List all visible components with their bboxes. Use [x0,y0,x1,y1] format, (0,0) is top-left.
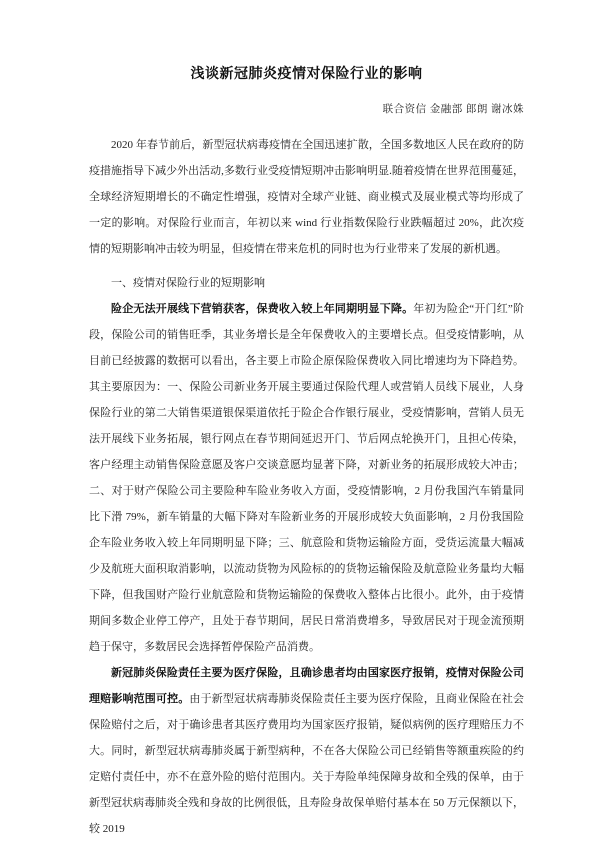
bold-text-run: 险企无法开展线下营销获客，保费收入较上年同期明显下降。 [111,303,413,315]
text-run: 由于新型冠状病毒肺炎保险责任主要为医疗保险，且商业保险在社会保险赔付之后，对于确… [89,693,524,835]
text-run: 年初为险企“开门红”阶段，保险公司的销售旺季，其业务增长是全年保费收入的主要增长… [89,303,524,653]
byline: 联合资信 金融部 郎朗 谢冰姝 [89,102,524,117]
paragraph: 新冠肺炎保险责任主要为医疗保险，且确诊患者均由国家医疗报销，疫情对保险公司理赔影… [89,660,524,841]
document-page: 浅谈新冠肺炎疫情对保险行业的影响 联合资信 金融部 郎朗 谢冰姝 2020 年春… [0,0,595,841]
section-heading: 一、疫情对保险行业的短期影响 [89,270,524,296]
paragraph: 2020 年春节前后，新型冠状病毒疫情在全国迅速扩散，全国多数地区人民在政府的防… [89,132,524,262]
document-body: 2020 年春节前后，新型冠状病毒疫情在全国迅速扩散，全国多数地区人民在政府的防… [89,132,524,841]
paragraph: 险企无法开展线下营销获客，保费收入较上年同期明显下降。年初为险企“开门红”阶段，… [89,296,524,660]
text-run: 一、疫情对保险行业的短期影响 [111,277,265,289]
text-run: 2020 年春节前后，新型冠状病毒疫情在全国迅速扩散，全国多数地区人民在政府的防… [89,139,524,255]
document-title: 浅谈新冠肺炎疫情对保险行业的影响 [89,62,524,88]
